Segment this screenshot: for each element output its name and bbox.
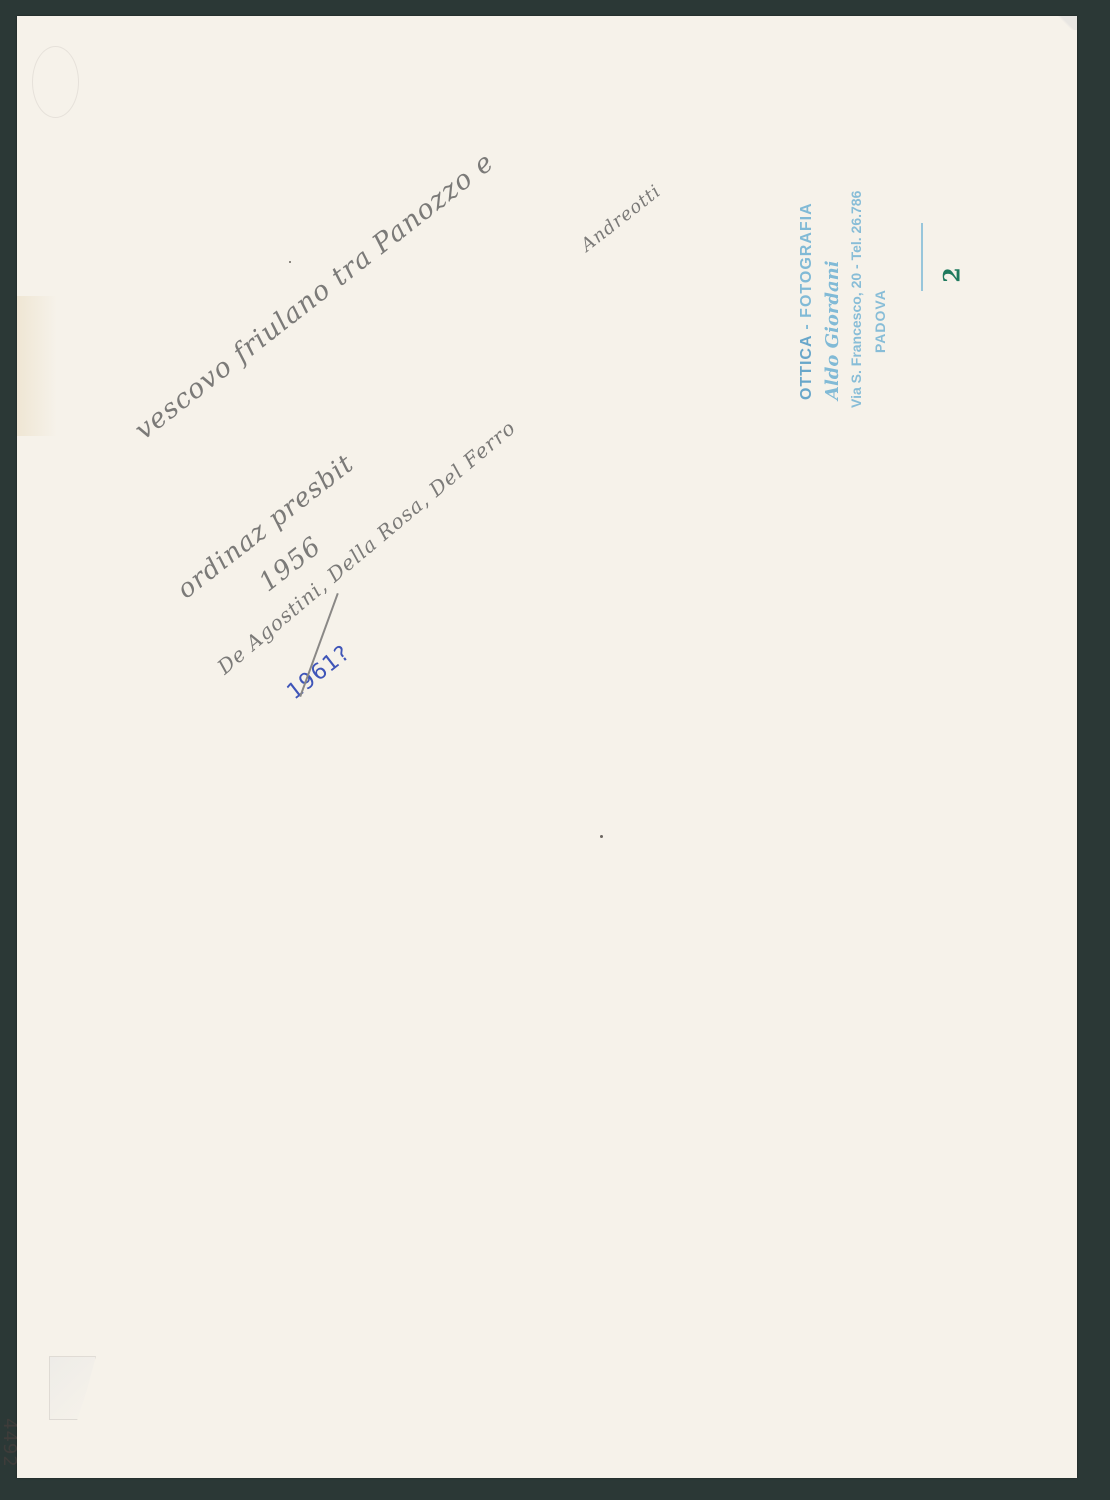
pencil-dot xyxy=(289,261,291,263)
photographer-stamp: OTTICA - FOTOGRAFIA Aldo Giordani Via S.… xyxy=(790,120,950,420)
edge-stain xyxy=(17,296,57,436)
stamp-line-1: OTTICA - FOTOGRAFIA xyxy=(798,202,816,400)
stamp-city: PADOVA xyxy=(872,289,888,353)
stamp-underline xyxy=(921,223,923,291)
stamp-fotografia: FOTOGRAFIA xyxy=(798,202,815,317)
stamp-brand: OTTICA xyxy=(798,335,815,400)
faded-circle-mark xyxy=(32,46,79,118)
annotation-number: 2 xyxy=(940,267,966,282)
stamp-address: Via S. Francesco, 20 - Tel. 26.786 xyxy=(848,191,864,408)
stamp-separator: - xyxy=(798,318,815,335)
stamp-photographer-name: Aldo Giordani xyxy=(822,260,843,400)
embossed-corner-mark xyxy=(49,1356,96,1420)
corner-fold xyxy=(1055,16,1077,30)
ink-dot xyxy=(600,835,603,838)
